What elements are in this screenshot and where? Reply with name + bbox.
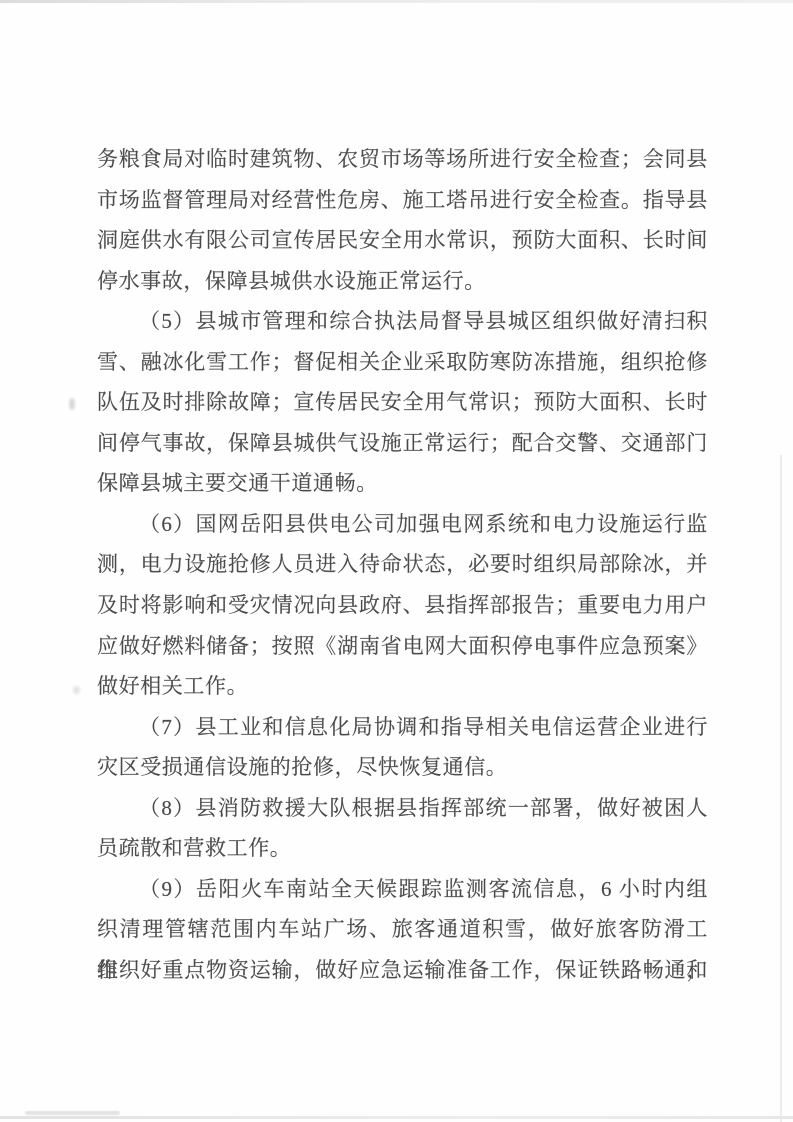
document-line: （7）县工业和信息化局协调和指导相关电信运营企业进行 [97, 707, 708, 748]
scan-smudge-left-lower [73, 686, 80, 694]
document-line: 保障县城主要交通干道通畅。 [97, 463, 708, 504]
document-line: （9）岳阳火车南站全天候跟踪监测客流信息，6 小时内组 [97, 869, 708, 910]
document-line: 雪、融冰化雪工作；督促相关企业采取防寒防冻措施，组织抢修 [97, 342, 708, 383]
document-line: （6）国网岳阳县供电公司加强电网系统和电力设施运行监 [97, 504, 708, 545]
document-line: 及时将影响和受灾情况向县政府、县指挥部报告；重要电力用户 [97, 585, 708, 626]
document-line: （5）县城市管理和综合执法局督导县城区组织做好清扫积 [97, 301, 708, 342]
document-line: 队伍及时排除故障；宣传居民安全用气常识；预防大面积、长时 [97, 382, 708, 423]
document-line: 灾区受损通信设施的抢修，尽快恢复通信。 [97, 747, 708, 788]
document-page: 务粮食局对临时建筑物、农贸市场等场所进行安全检查；会同县 市场监督管理局对经营性… [0, 0, 793, 1122]
scan-edge-top [0, 0, 793, 3]
scan-smudge-left-upper [69, 398, 75, 410]
scan-edge-right [780, 455, 782, 1122]
scan-edge-bottom [0, 1116, 793, 1119]
document-line: 员疏散和营救工作。 [97, 828, 708, 869]
document-line: （8）县消防救援大队根据县指挥部统一部署，做好被困人 [97, 788, 708, 829]
document-line: 应做好燃料储备；按照《湖南省电网大面积停电事件应急预案》 [97, 626, 708, 667]
scan-mark-bottom-left [25, 1111, 120, 1115]
document-line: 组织好重点物资运输，做好应急运输准备工作，保证铁路畅通和 [97, 950, 708, 991]
document-line: 测，电力设施抢修人员进入待命状态，必要时组织局部除冰，并 [97, 544, 708, 585]
document-line: 市场监督管理局对经营性危房、施工塔吊进行安全检查。指导县 [97, 180, 708, 221]
document-line: 织清理管辖范围内车站广场、旅客通道积雪，做好旅客防滑工作， [97, 909, 708, 950]
document-line: 停水事故，保障县城供水设施正常运行。 [97, 261, 708, 302]
document-line: 务粮食局对临时建筑物、农贸市场等场所进行安全检查；会同县 [97, 139, 708, 180]
document-line: 间停气事故，保障县城供气设施正常运行；配合交警、交通部门 [97, 423, 708, 464]
document-line: 做好相关工作。 [97, 666, 708, 707]
document-body: 务粮食局对临时建筑物、农贸市场等场所进行安全检查；会同县 市场监督管理局对经营性… [97, 139, 708, 990]
document-line: 洞庭供水有限公司宣传居民安全用水常识，预防大面积、长时间 [97, 220, 708, 261]
